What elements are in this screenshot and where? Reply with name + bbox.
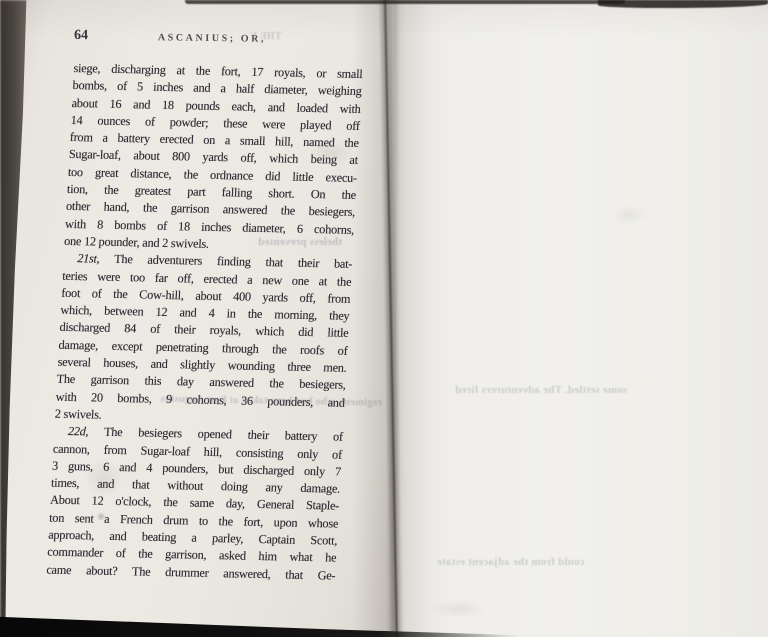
- show-through-text: could from the adjacent estate: [437, 556, 585, 568]
- show-through-text: some settled. The adventurers fired: [455, 384, 627, 396]
- body-text-left: siege, discharging at the fort, 17 royal…: [46, 60, 363, 584]
- show-through-text: theless prevented: [258, 236, 342, 248]
- book-scan-photo: { "palette": { "paper": "#eceae5", "ink"…: [0, 0, 768, 637]
- book-top-edge: [185, 0, 625, 4]
- right-page: THE YOUNG ADVENTURER. 65 neral Stapleton…: [394, 0, 768, 637]
- left-page: 64 ASCANIUS; OR, siege, discharging at t…: [0, 0, 394, 637]
- running-header-left: ASCANIUS; OR,: [62, 31, 362, 46]
- show-through-text: THE Y: [250, 31, 281, 42]
